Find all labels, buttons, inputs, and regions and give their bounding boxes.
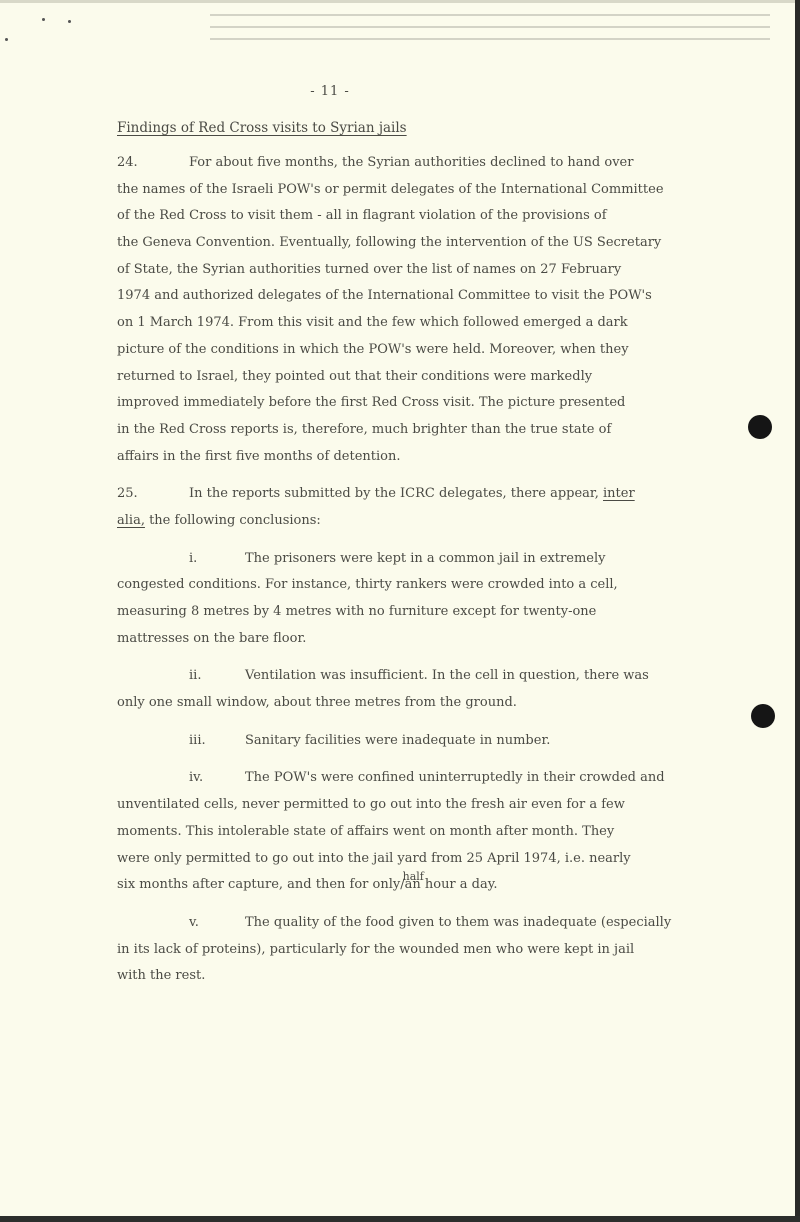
text-line: unventilated cells, never permitted to g…: [117, 792, 717, 819]
text-line: The POW's were confined uninterruptedly …: [245, 770, 665, 785]
latin-phrase: inter: [603, 486, 635, 501]
paragraph-24: 24.For about five months, the Syrian aut…: [117, 150, 717, 470]
text-line: picture of the conditions in which the P…: [117, 337, 717, 364]
text-line: the Geneva Convention. Eventually, follo…: [117, 230, 717, 257]
page-number: - 11 -: [0, 84, 660, 99]
text-line: For about five months, the Syrian author…: [189, 155, 633, 170]
conclusion-iv: iv.The POW's were confined uninterrupted…: [117, 765, 717, 898]
speck-mark: [42, 18, 45, 21]
speck-mark: [68, 20, 71, 23]
text-line: moments. This intolerable state of affai…: [117, 819, 717, 846]
scan-edge-right: [795, 0, 800, 1222]
conclusion-numeral: i.: [117, 546, 245, 573]
text-line: congested conditions. For instance, thir…: [117, 572, 717, 599]
text-line: returned to Israel, they pointed out tha…: [117, 364, 717, 391]
latin-phrase: alia,: [117, 513, 145, 528]
scan-edge-bottom: [0, 1216, 800, 1222]
text-line: The prisoners were kept in a common jail…: [245, 551, 605, 566]
bleed-through-text: [210, 4, 770, 64]
text-line: mattresses on the bare floor.: [117, 626, 717, 653]
conclusion-numeral: v.: [117, 910, 245, 937]
inserted-word: half: [403, 864, 424, 891]
text-line: Sanitary facilities were inadequate in n…: [245, 733, 550, 748]
conclusion-iii: iii.Sanitary facilities were inadequate …: [117, 728, 717, 755]
conclusion-numeral: ii.: [117, 663, 245, 690]
text-line: on 1 March 1974. From this visit and the…: [117, 310, 717, 337]
text-line: six months after capture, and then for o…: [117, 877, 405, 892]
text-line: In the reports submitted by the ICRC del…: [189, 486, 603, 501]
text-line: Ventilation was insufficient. In the cel…: [245, 668, 649, 683]
paragraph-25: 25.In the reports submitted by the ICRC …: [117, 481, 717, 534]
conclusion-ii: ii.Ventilation was insufficient. In the …: [117, 663, 717, 716]
paragraph-number: 25.: [117, 481, 189, 508]
section-heading: Findings of Red Cross visits to Syrian j…: [117, 120, 407, 136]
text-line: of the Red Cross to visit them - all in …: [117, 203, 717, 230]
text-line: The quality of the food given to them wa…: [245, 915, 671, 930]
text-line: affairs in the first five months of dete…: [117, 444, 717, 471]
text-line: the following conclusions:: [145, 513, 321, 528]
conclusion-numeral: iii.: [117, 728, 245, 755]
text-line: of State, the Syrian authorities turned …: [117, 257, 717, 284]
text-line: in the Red Cross reports is, therefore, …: [117, 417, 717, 444]
text-line: measuring 8 metres by 4 metres with no f…: [117, 599, 717, 626]
paragraph-number: 24.: [117, 150, 189, 177]
speck-mark: [5, 38, 8, 41]
punch-hole-icon: [751, 704, 775, 728]
text-line: 1974 and authorized delegates of the Int…: [117, 283, 717, 310]
text-line: in its lack of proteins), particularly f…: [117, 937, 717, 964]
interlinear-insertion: halfan hour a day.: [405, 877, 498, 892]
punch-hole-icon: [748, 415, 772, 439]
conclusion-numeral: iv.: [117, 765, 245, 792]
conclusion-v: v.The quality of the food given to them …: [117, 910, 717, 990]
document-body: 24.For about five months, the Syrian aut…: [117, 150, 717, 990]
text-line: improved immediately before the first Re…: [117, 390, 717, 417]
text-line: only one small window, about three metre…: [117, 690, 717, 717]
text-line: the names of the Israeli POW's or permit…: [117, 177, 717, 204]
conclusion-i: i.The prisoners were kept in a common ja…: [117, 546, 717, 653]
text-line: with the rest.: [117, 963, 717, 990]
scan-edge-top: [0, 0, 800, 3]
